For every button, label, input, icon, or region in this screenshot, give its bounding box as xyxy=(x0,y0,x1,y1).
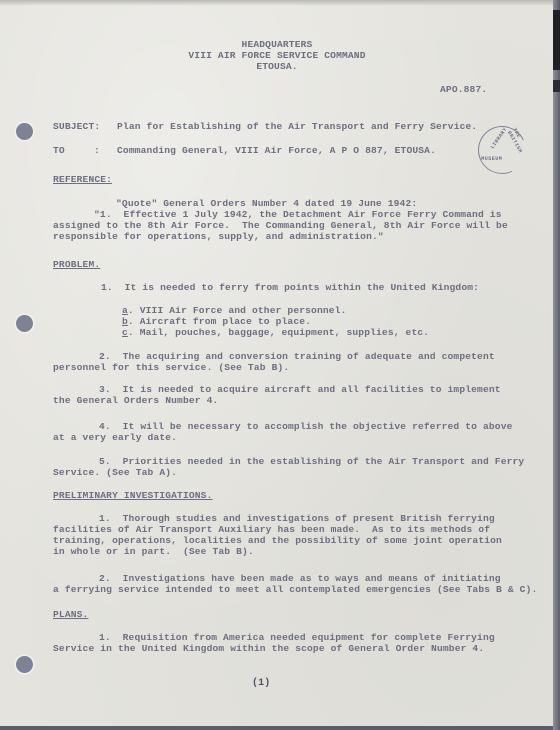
header-line-3: ETOUSA. xyxy=(0,61,554,72)
reference-heading: REFERENCE: xyxy=(53,174,112,185)
preliminary-item: training, operations, localities and the… xyxy=(53,535,502,546)
header-line-1: HEADQUARTERS xyxy=(0,39,554,50)
scanner-edge xyxy=(553,0,560,730)
scanner-edge-mark xyxy=(553,80,560,92)
problem-item: 2. The acquiring and conversion training… xyxy=(99,351,495,362)
problem-item: 5. Priorities needed in the establishing… xyxy=(99,456,524,467)
to-text: Commanding General, VIII Air Force, A P … xyxy=(117,145,436,156)
problem-subitem: c. Mail, pouches, baggage, equipment, su… xyxy=(122,327,429,338)
punch-hole-icon xyxy=(16,123,33,140)
preliminary-item: 1. Thorough studies and investigations o… xyxy=(99,513,495,524)
stamp-text: LIBRARY xyxy=(490,127,509,151)
reference-line: "1. Effective 1 July 1942, the Detachmen… xyxy=(94,209,502,220)
preliminary-item: facilities of Air Transport Auxiliary ha… xyxy=(53,524,490,535)
problem-item: the General Orders Number 4. xyxy=(53,395,218,406)
punch-hole-icon xyxy=(16,315,33,332)
library-stamp-icon: LIBRARY THE BRITISH MUSEUM xyxy=(471,119,533,181)
problem-item: 3. It is needed to acquire aircraft and … xyxy=(99,384,501,395)
subject-label: SUBJECT: xyxy=(53,121,100,132)
to-label: TO xyxy=(53,145,65,156)
preliminary-item: in whole or in part. (See Tab B). xyxy=(53,546,254,557)
stamp-text: THE BRITISH xyxy=(506,127,529,154)
header-line-2: VIII AIR FORCE SERVICE COMMAND xyxy=(0,50,554,61)
stamp-text: MUSEUM xyxy=(481,156,502,162)
document-page: HEADQUARTERS VIII AIR FORCE SERVICE COMM… xyxy=(0,0,554,726)
reference-line: assigned to the 8th Air Force. The Comma… xyxy=(53,220,508,231)
punch-hole-icon xyxy=(16,656,33,673)
problem-item: personnel for this service. (See Tab B). xyxy=(53,362,289,373)
problem-item: 4. It will be necessary to accomplish th… xyxy=(99,421,513,432)
subitem-text: . VIII Air Force and other personnel. xyxy=(128,305,347,316)
scanner-edge-mark xyxy=(553,10,560,70)
subitem-text: . Aircraft from place to place. xyxy=(128,316,311,327)
preliminary-item: a ferrying service intended to meet all … xyxy=(53,584,537,595)
apo-number: APO.887. xyxy=(440,84,487,95)
subject-text: Plan for Establishing of the Air Transpo… xyxy=(117,121,477,132)
to-separator: : xyxy=(94,145,100,156)
preliminary-heading: PRELIMINARY INVESTIGATIONS. xyxy=(53,490,213,501)
subitem-text: . Mail, pouches, baggage, equipment, sup… xyxy=(128,327,429,338)
scan-top-shadow xyxy=(0,0,554,6)
plans-item: 1. Requisition from America needed equip… xyxy=(99,632,495,643)
plans-heading: PLANS. xyxy=(53,609,88,620)
reference-line: "Quote" General Orders Number 4 dated 19… xyxy=(116,198,417,209)
problem-subitem: b. Aircraft from place to place. xyxy=(122,316,311,327)
problem-item: at a very early date. xyxy=(53,432,177,443)
problem-subitem: a. VIII Air Force and other personnel. xyxy=(122,305,347,316)
preliminary-item: 2. Investigations have been made as to w… xyxy=(99,573,501,584)
page-number: (1) xyxy=(252,678,270,689)
problem-item: 1. It is needed to ferry from points wit… xyxy=(101,282,479,293)
plans-item: Service in the United Kingdom within the… xyxy=(53,643,484,654)
reference-line: responsible for operations, supply, and … xyxy=(53,231,384,242)
problem-item: Service. (See Tab A). xyxy=(53,467,177,478)
problem-heading: PROBLEM. xyxy=(53,259,100,270)
